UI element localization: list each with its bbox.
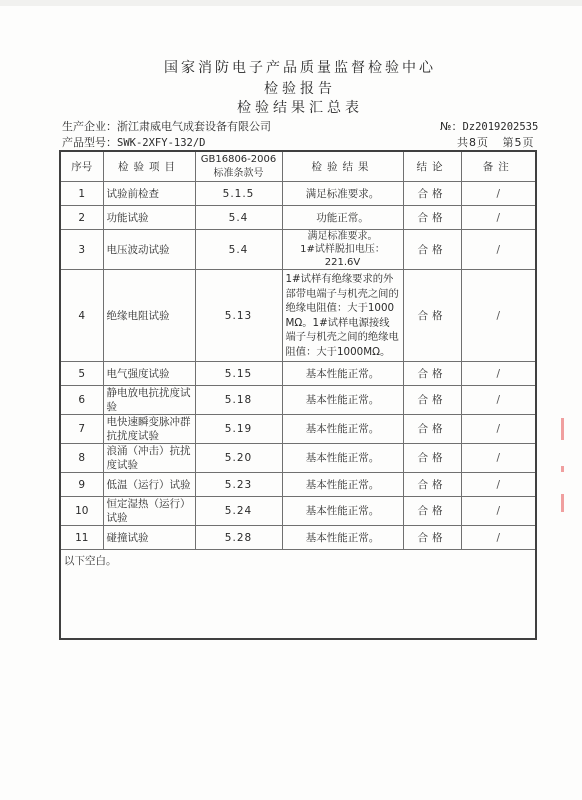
cell-no: 4 [60, 270, 103, 362]
cell-remark: / [461, 497, 536, 526]
table-row: 3 电压波动试验 5.4 满足标准要求。 1#试样脱扣电压：221.6V 合格 … [60, 230, 536, 270]
header-conclusion: 结论 [403, 151, 461, 182]
cell-no: 5 [60, 362, 103, 386]
header-no: 序号 [60, 151, 103, 182]
report-number: №：Dz2019202535 [440, 118, 538, 134]
cell-remark: / [461, 270, 536, 362]
cell-clause: 5.18 [195, 386, 282, 415]
cell-item: 恒定湿热（运行）试验 [103, 497, 195, 526]
table-row: 9 低温（运行）试验 5.23 基本性能正常。 合格 / [60, 473, 536, 497]
report-title: 检验报告 [0, 78, 582, 98]
cell-remark: / [461, 473, 536, 497]
cell-item: 浪涌（冲击）抗扰度试验 [103, 444, 195, 473]
cell-clause: 5.23 [195, 473, 282, 497]
seal-fragment [561, 466, 564, 472]
table-row: 8 浪涌（冲击）抗扰度试验 5.20 基本性能正常。 合格 / [60, 444, 536, 473]
cell-remark: / [461, 182, 536, 206]
cell-clause: 5.19 [195, 415, 282, 444]
cell-result: 基本性能正常。 [282, 362, 403, 386]
cell-no: 7 [60, 415, 103, 444]
model-label: 产品型号： [62, 136, 117, 149]
cell-item: 静电放电抗扰度试验 [103, 386, 195, 415]
cell-clause: 5.28 [195, 526, 282, 550]
cell-clause: 5.4 [195, 206, 282, 230]
footer-note: 以下空白。 [60, 550, 536, 640]
table-row: 10 恒定湿热（运行）试验 5.24 基本性能正常。 合格 / [60, 497, 536, 526]
cell-remark: / [461, 415, 536, 444]
cell-remark: / [461, 230, 536, 270]
table-header-row: 序号 检验项目 GB16806-2006 标准条款号 检验结果 结论 备注 [60, 151, 536, 182]
header-item: 检验项目 [103, 151, 195, 182]
cell-no: 11 [60, 526, 103, 550]
pages-total: 共8页 [457, 136, 489, 149]
cell-conclusion: 合格 [403, 386, 461, 415]
cell-item: 碰撞试验 [103, 526, 195, 550]
cell-result-line2: 1#试样脱扣电压：221.6V [286, 243, 400, 269]
cell-conclusion: 合格 [403, 230, 461, 270]
cell-result: 1#试样有绝缘要求的外部带电端子与机壳之间的绝缘电阻值：大于1000MΩ。1#试… [282, 270, 403, 362]
cell-conclusion: 合格 [403, 270, 461, 362]
cell-conclusion: 合格 [403, 415, 461, 444]
table-row: 5 电气强度试验 5.15 基本性能正常。 合格 / [60, 362, 536, 386]
table-row: 11 碰撞试验 5.28 基本性能正常。 合格 / [60, 526, 536, 550]
results-table: 序号 检验项目 GB16806-2006 标准条款号 检验结果 结论 备注 1 … [59, 150, 537, 640]
seal-fragment [561, 494, 564, 512]
header-result: 检验结果 [282, 151, 403, 182]
cell-clause: 5.24 [195, 497, 282, 526]
seal-fragment [561, 418, 564, 440]
table-row: 4 绝缘电阻试验 5.13 1#试样有绝缘要求的外部带电端子与机壳之间的绝缘电阻… [60, 270, 536, 362]
cell-result: 基本性能正常。 [282, 497, 403, 526]
company-value: 浙江肃威电气成套设备有限公司 [117, 120, 271, 133]
cell-conclusion: 合格 [403, 473, 461, 497]
cell-remark: / [461, 362, 536, 386]
table-row: 7 电快速瞬变脉冲群抗扰度试验 5.19 基本性能正常。 合格 / [60, 415, 536, 444]
table-row: 6 静电放电抗扰度试验 5.18 基本性能正常。 合格 / [60, 386, 536, 415]
blank-note-row: 以下空白。 [60, 550, 536, 640]
cell-no: 2 [60, 206, 103, 230]
cell-conclusion: 合格 [403, 444, 461, 473]
cell-no: 9 [60, 473, 103, 497]
cell-item: 绝缘电阻试验 [103, 270, 195, 362]
cell-result: 满足标准要求。 1#试样脱扣电压：221.6V [282, 230, 403, 270]
table-row: 2 功能试验 5.4 功能正常。 合格 / [60, 206, 536, 230]
header-standard-line1: GB16806-2006 [199, 153, 279, 167]
cell-no: 1 [60, 182, 103, 206]
page-current: 第5页 [503, 136, 535, 149]
cell-remark: / [461, 444, 536, 473]
summary-title: 检验结果汇总表 [0, 97, 582, 117]
cell-no: 3 [60, 230, 103, 270]
cell-conclusion: 合格 [403, 497, 461, 526]
cell-clause: 5.1.5 [195, 182, 282, 206]
cell-remark: / [461, 386, 536, 415]
cell-clause: 5.4 [195, 230, 282, 270]
cell-conclusion: 合格 [403, 182, 461, 206]
cell-item: 电快速瞬变脉冲群抗扰度试验 [103, 415, 195, 444]
cell-result: 基本性能正常。 [282, 386, 403, 415]
cell-result-line1: 满足标准要求。 [286, 230, 400, 243]
model-value: SWK-2XFY-132/D [117, 137, 206, 149]
cell-item: 电压波动试验 [103, 230, 195, 270]
cell-result: 基本性能正常。 [282, 444, 403, 473]
cell-result: 基本性能正常。 [282, 526, 403, 550]
header-standard: GB16806-2006 标准条款号 [195, 151, 282, 182]
cell-no: 6 [60, 386, 103, 415]
cell-result: 满足标准要求。 [282, 182, 403, 206]
header-remark: 备注 [461, 151, 536, 182]
cell-no: 8 [60, 444, 103, 473]
model-line: 产品型号：SWK-2XFY-132/D [62, 134, 206, 150]
company-line: 生产企业：浙江肃威电气成套设备有限公司 [62, 118, 271, 134]
company-label: 生产企业： [62, 120, 117, 133]
cell-conclusion: 合格 [403, 362, 461, 386]
page-info: 共8页 第5页 [457, 134, 535, 150]
cell-no: 10 [60, 497, 103, 526]
cell-result: 功能正常。 [282, 206, 403, 230]
cell-item: 试验前检查 [103, 182, 195, 206]
report-no-value: Dz2019202535 [462, 121, 538, 133]
table-row: 1 试验前检查 5.1.5 满足标准要求。 合格 / [60, 182, 536, 206]
report-no-label: №： [440, 120, 462, 133]
cell-result: 基本性能正常。 [282, 473, 403, 497]
cell-item: 电气强度试验 [103, 362, 195, 386]
cell-clause: 5.13 [195, 270, 282, 362]
cell-conclusion: 合格 [403, 206, 461, 230]
cell-clause: 5.20 [195, 444, 282, 473]
cell-item: 低温（运行）试验 [103, 473, 195, 497]
cell-result: 基本性能正常。 [282, 415, 403, 444]
cell-remark: / [461, 526, 536, 550]
cell-remark: / [461, 206, 536, 230]
cell-item: 功能试验 [103, 206, 195, 230]
header-standard-line2: 标准条款号 [199, 167, 279, 181]
cell-conclusion: 合格 [403, 526, 461, 550]
scan-edge [0, 0, 582, 6]
center-name: 国家消防电子产品质量监督检验中心 [0, 57, 582, 77]
cell-clause: 5.15 [195, 362, 282, 386]
